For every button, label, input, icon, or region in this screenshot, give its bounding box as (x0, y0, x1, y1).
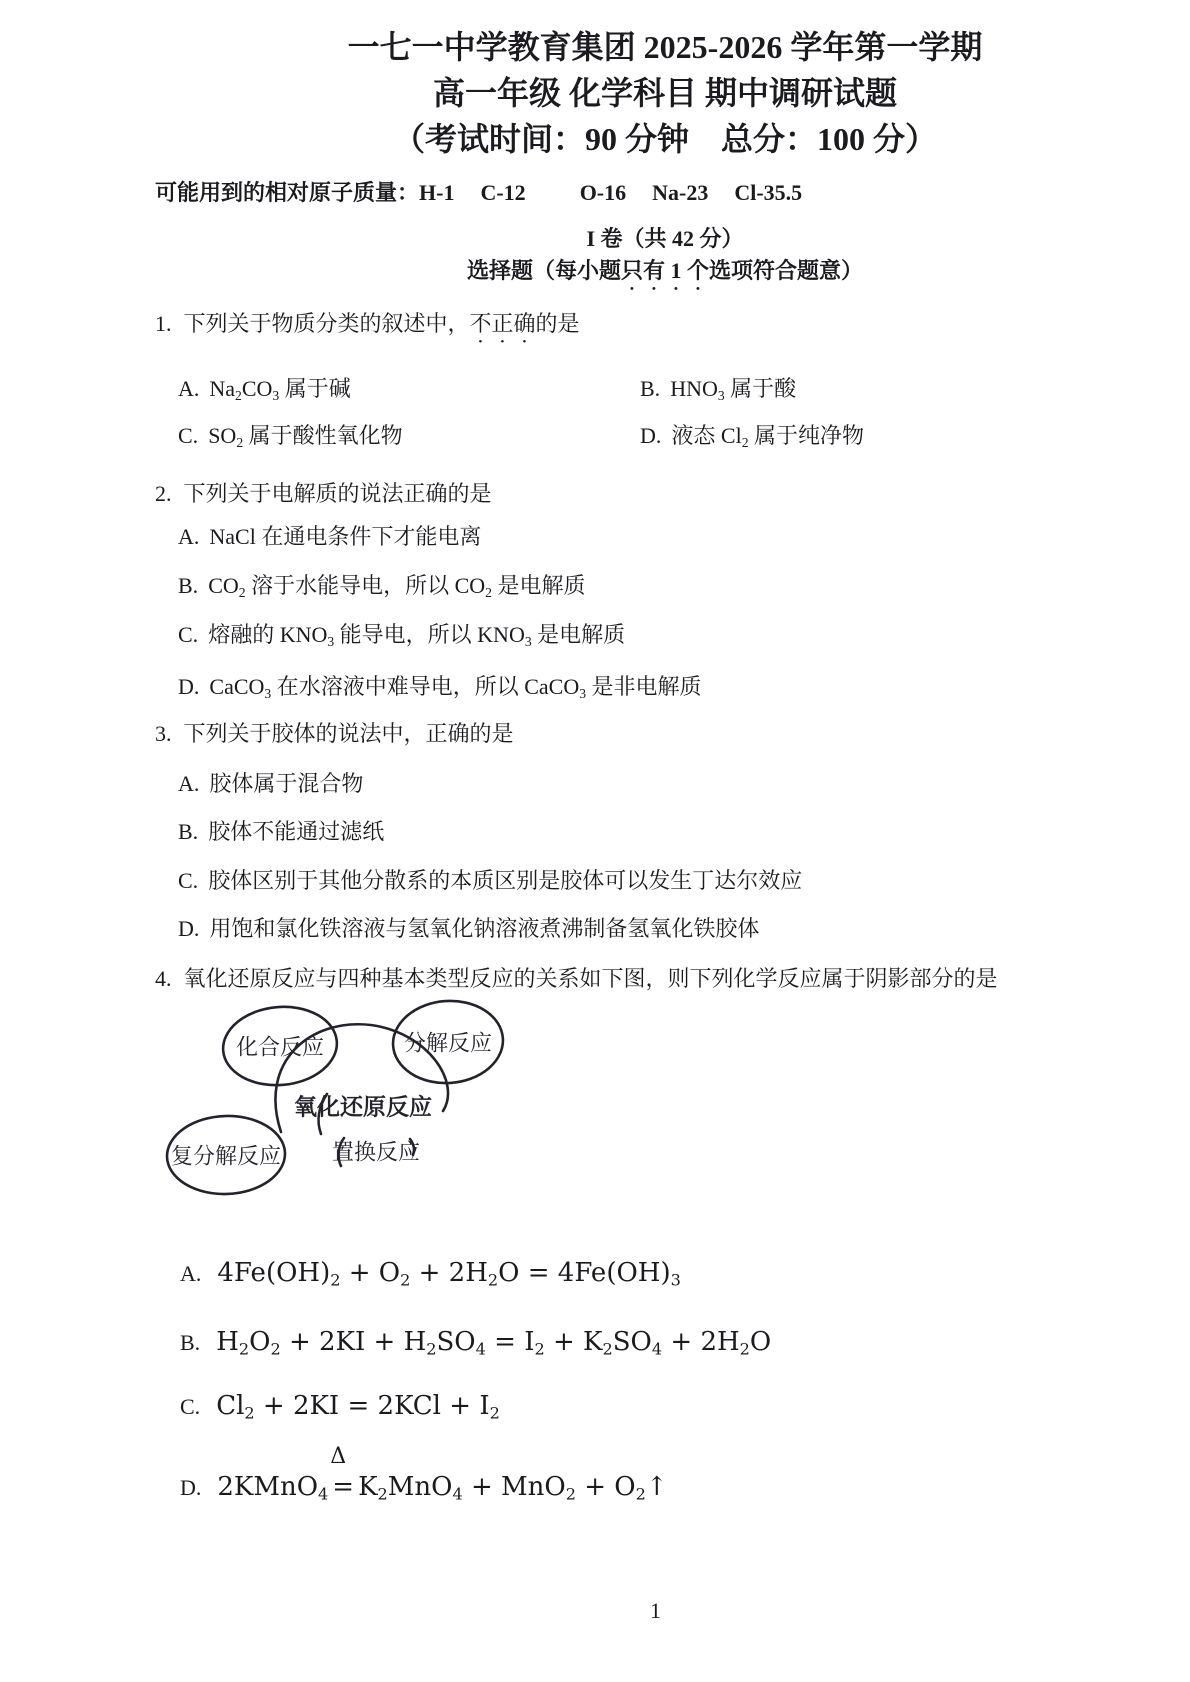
option-2c: C. 熔融的 KNO3 能导电，所以 KNO3 是电解质 (178, 620, 1190, 650)
option-4d-formula-right: K2MnO4 + MnO2 + O2↑ (358, 1469, 668, 1505)
option-2b-label: B. (178, 571, 198, 601)
question-2-text: 下列关于电解质的说法正确的是 (184, 479, 492, 509)
atomic-mass-c: C-12 (480, 178, 525, 208)
option-2a-text: NaCl 在通电条件下才能电离 (209, 522, 481, 552)
section-subtitle-post: 选项符合题意） (709, 258, 863, 283)
question-1-text: 下列关于物质分类的叙述中，不正确的是 (184, 309, 580, 348)
option-1c: C. SO2 属于酸性氧化物 (178, 421, 640, 451)
option-1c-text: SO2 属于酸性氧化物 (208, 421, 402, 451)
metathesis-label: 复分解反应 (171, 1140, 281, 1171)
combination-label: 化合反应 (236, 1031, 324, 1062)
question-4-number: 4. (155, 964, 172, 994)
option-1b-label: B. (640, 374, 660, 404)
option-3d: D. 用饱和氯化铁溶液与氢氧化钠溶液煮沸制备氢氧化铁胶体 (178, 914, 1190, 944)
option-4d-label: D. (180, 1470, 201, 1506)
paper-title-line3: （考试时间：90 分钟 总分：100 分） (155, 116, 1175, 162)
option-2d-label: D. (178, 672, 199, 702)
option-4d: D. 2KMnO4 Δ = K2MnO4 + MnO2 + O2↑ (180, 1469, 1190, 1506)
question-4-text: 氧化还原反应与四种基本类型反应的关系如下图，则下列化学反应属于阴影部分的是 (184, 964, 998, 994)
option-2c-text: 熔融的 KNO3 能导电，所以 KNO3 是电解质 (208, 620, 625, 650)
page-number: 1 (650, 1598, 661, 1624)
displacement-label: 置换反应 (332, 1136, 420, 1167)
option-1d: D. 液态 Cl2 属于纯净物 (640, 421, 864, 451)
option-4a-formula: 4Fe(OH)2 + O2 + 2H2O = 4Fe(OH)3 (217, 1255, 680, 1291)
question-1-text-pre: 下列关于物质分类的叙述中， (184, 311, 470, 336)
section-title: I 卷（共 42 分） (155, 224, 1175, 254)
option-3b-text: 胶体不能通过滤纸 (208, 817, 384, 847)
option-1b: B. HNO3 属于酸 (640, 374, 796, 404)
option-3d-label: D. (178, 914, 199, 944)
question-1-text-emphasis: 不正确 (470, 311, 536, 336)
option-1c-label: C. (178, 421, 198, 451)
option-2a-label: A. (178, 522, 199, 552)
question-2-stem: 2. 下列关于电解质的说法正确的是 (155, 479, 1190, 509)
question-3-stem: 3. 下列关于胶体的说法中，正确的是 (155, 719, 1190, 749)
option-3a-label: A. (178, 769, 199, 799)
option-4b: B. H2O2 + 2KI + H2SO4 = I2 + K2SO4 + 2H2… (180, 1324, 1190, 1361)
decomposition-label: 分解反应 (404, 1027, 492, 1058)
paper-title-line1: 一七一中学教育集团 2025-2026 学年第一学期 (155, 24, 1175, 70)
option-1a: A. Na2CO3 属于碱 (178, 374, 640, 404)
option-3a: A. 胶体属于混合物 (178, 769, 1190, 799)
question-3-text: 下列关于胶体的说法中，正确的是 (184, 719, 514, 749)
question-2-number: 2. (155, 479, 172, 509)
option-2d: D. CaCO3 在水溶液中难导电，所以 CaCO3 是非电解质 (178, 672, 1190, 702)
option-4d-formula-left: 2KMnO4 (217, 1469, 328, 1505)
option-2d-text: CaCO3 在水溶液中难导电，所以 CaCO3 是非电解质 (209, 672, 701, 702)
atomic-mass-h: H-1 (419, 178, 454, 208)
option-1d-label: D. (640, 421, 661, 451)
option-4b-formula: H2O2 + 2KI + H2SO4 = I2 + K2SO4 + 2H2O (216, 1324, 771, 1360)
option-4c-formula: Cl2 + 2KI = 2KCl + I2 (216, 1388, 500, 1424)
option-1a-label: A. (178, 374, 199, 404)
option-4b-label: B. (180, 1325, 200, 1361)
option-4c: C. Cl2 + 2KI = 2KCl + I2 (180, 1388, 1190, 1425)
atomic-mass-cl: Cl-35.5 (734, 178, 802, 208)
section-subtitle-pre: 选择题（每小题 (467, 258, 621, 283)
question-1-options-row2: C. SO2 属于酸性氧化物 D. 液态 Cl2 属于纯净物 (178, 421, 1190, 451)
section-subtitle-emphasis: 只有 1 个 (621, 258, 709, 283)
option-4c-label: C. (180, 1389, 200, 1425)
atomic-masses-label: 可能用到的相对原子质量： (155, 178, 419, 208)
atomic-masses-line: 可能用到的相对原子质量： H-1 C-12 O-16 Na-23 Cl-35.5 (155, 178, 1190, 208)
question-1-stem: 1. 下列关于物质分类的叙述中，不正确的是 (155, 309, 1190, 348)
paper-header: 一七一中学教育集团 2025-2026 学年第一学期 高一年级 化学科目 期中调… (155, 24, 1175, 162)
option-1a-text: Na2CO3 属于碱 (209, 374, 350, 404)
paper-title-line2: 高一年级 化学科目 期中调研试题 (155, 70, 1175, 116)
option-1b-text: HNO3 属于酸 (670, 374, 796, 404)
atomic-mass-na: Na-23 (652, 178, 708, 208)
question-1-text-post: 的是 (536, 311, 580, 336)
equals-sign: = (332, 1472, 354, 1502)
option-4a-label: A. (180, 1256, 201, 1292)
question-1-options-row1: A. Na2CO3 属于碱 B. HNO3 属于酸 (178, 374, 1190, 404)
question-3-number: 3. (155, 719, 172, 749)
question-4-stem: 4. 氧化还原反应与四种基本类型反应的关系如下图，则下列化学反应属于阴影部分的是 (155, 964, 1190, 994)
option-3c-label: C. (178, 866, 198, 896)
reaction-venn-diagram: 化合反应 分解反应 氧化还原反应 复分解反应 置换反应 (160, 994, 560, 1226)
option-3c-text: 胶体区别于其他分散系的本质区别是胶体可以发生丁达尔效应 (208, 866, 802, 896)
option-1d-text: 液态 Cl2 属于纯净物 (671, 421, 864, 451)
option-3a-text: 胶体属于混合物 (209, 769, 363, 799)
question-1-number: 1. (155, 309, 172, 348)
delta-over-equals: Δ = (328, 1469, 358, 1505)
option-2b: B. CO2 溶于水能导电，所以 CO2 是电解质 (178, 571, 1190, 601)
option-3d-text: 用饱和氯化铁溶液与氢氧化钠溶液煮沸制备氢氧化铁胶体 (209, 914, 759, 944)
delta-condition: Δ (330, 1439, 346, 1475)
option-3c: C. 胶体区别于其他分散系的本质区别是胶体可以发生丁达尔效应 (178, 866, 1190, 896)
option-2b-text: CO2 溶于水能导电，所以 CO2 是电解质 (208, 571, 585, 601)
redox-label: 氧化还原反应 (294, 1089, 432, 1122)
section-subtitle: 选择题（每小题只有 1 个选项符合题意） (155, 256, 1175, 295)
option-2c-label: C. (178, 620, 198, 650)
option-3b-label: B. (178, 817, 198, 847)
option-2a: A. NaCl 在通电条件下才能电离 (178, 522, 1190, 552)
exam-paper-page: 一七一中学教育集团 2025-2026 学年第一学期 高一年级 化学科目 期中调… (0, 0, 1190, 1682)
option-4a: A. 4Fe(OH)2 + O2 + 2H2O = 4Fe(OH)3 (180, 1255, 1190, 1292)
option-3b: B. 胶体不能通过滤纸 (178, 817, 1190, 847)
atomic-mass-o: O-16 (580, 178, 626, 208)
